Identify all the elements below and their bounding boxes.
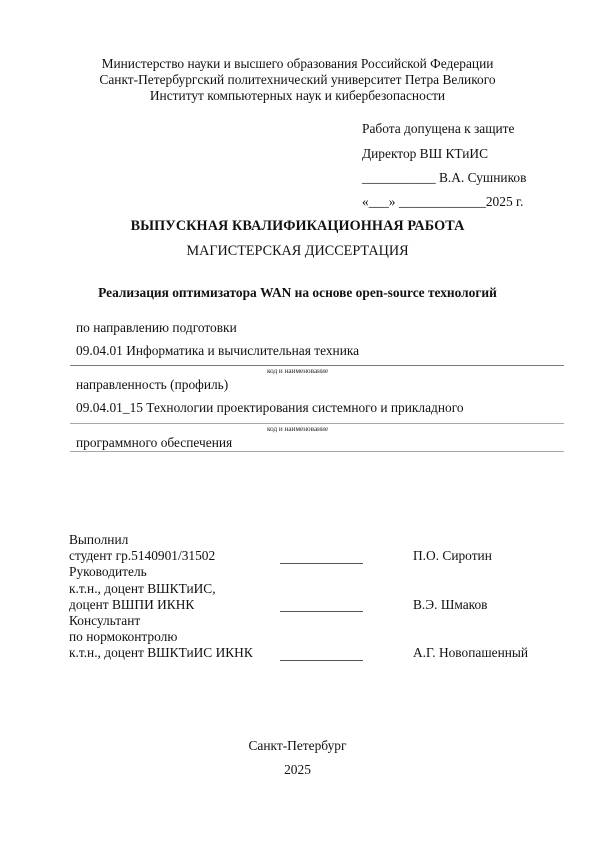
thesis-topic: Реализация оптимизатора WAN на основе op… [0, 285, 595, 301]
profile-value-line2: программного обеспечения [76, 435, 232, 451]
director-signature-line: ___________ В.А. Сушников [362, 170, 526, 186]
student-signature-line [280, 563, 363, 564]
document-title: ВЫПУСКНАЯ КВАЛИФИКАЦИОННАЯ РАБОТА [0, 218, 595, 235]
profile-underline-2 [70, 451, 564, 452]
director-position: Директор ВШ КТиИС [362, 146, 488, 162]
university-name: Санкт-Петербургский политехнический унив… [0, 72, 595, 88]
student-group: студент гр.5140901/31502 [69, 548, 253, 564]
consultant-role: Консультант [69, 613, 253, 629]
consultant-position: к.т.н., доцент ВШКТиИС ИКНК [69, 645, 253, 661]
signature-block-student: Выполнил студент гр.5140901/31502 Руково… [69, 532, 253, 662]
direction-caption: код и наименование [0, 367, 595, 375]
consultant-name: А.Г. Новопашенный [413, 645, 528, 661]
admitted-to-defense: Работа допущена к защите [362, 121, 514, 137]
student-role: Выполнил [69, 532, 253, 548]
supervisor-signature-line [280, 611, 363, 612]
approval-date-line: «___» _____________2025 г. [362, 194, 523, 210]
supervisor-role: Руководитель [69, 564, 253, 580]
profile-value-line1: 09.04.01_15 Технологии проектирования си… [76, 400, 464, 416]
supervisor-degree: к.т.н., доцент ВШКТиИС, [69, 581, 253, 597]
city: Санкт-Петербург [0, 738, 595, 754]
ministry-name: Министерство науки и высшего образования… [0, 56, 595, 72]
profile-label: направленность (профиль) [76, 377, 228, 393]
consultant-area: по нормоконтролю [69, 629, 253, 645]
supervisor-name: В.Э. Шмаков [413, 597, 488, 613]
student-name: П.О. Сиротин [413, 548, 492, 564]
supervisor-position: доцент ВШПИ ИКНК [69, 597, 253, 613]
direction-label: по направлению подготовки [76, 320, 237, 336]
direction-underline [70, 365, 564, 366]
year: 2025 [0, 762, 595, 778]
consultant-signature-line [280, 660, 363, 661]
profile-caption: код и наименование [0, 425, 595, 433]
direction-value: 09.04.01 Информатика и вычислительная те… [76, 343, 359, 359]
profile-underline [70, 423, 564, 424]
document-type: МАГИСТЕРСКАЯ ДИССЕРТАЦИЯ [0, 243, 595, 260]
institute-name: Институт компьютерных наук и кибербезопа… [0, 88, 595, 104]
